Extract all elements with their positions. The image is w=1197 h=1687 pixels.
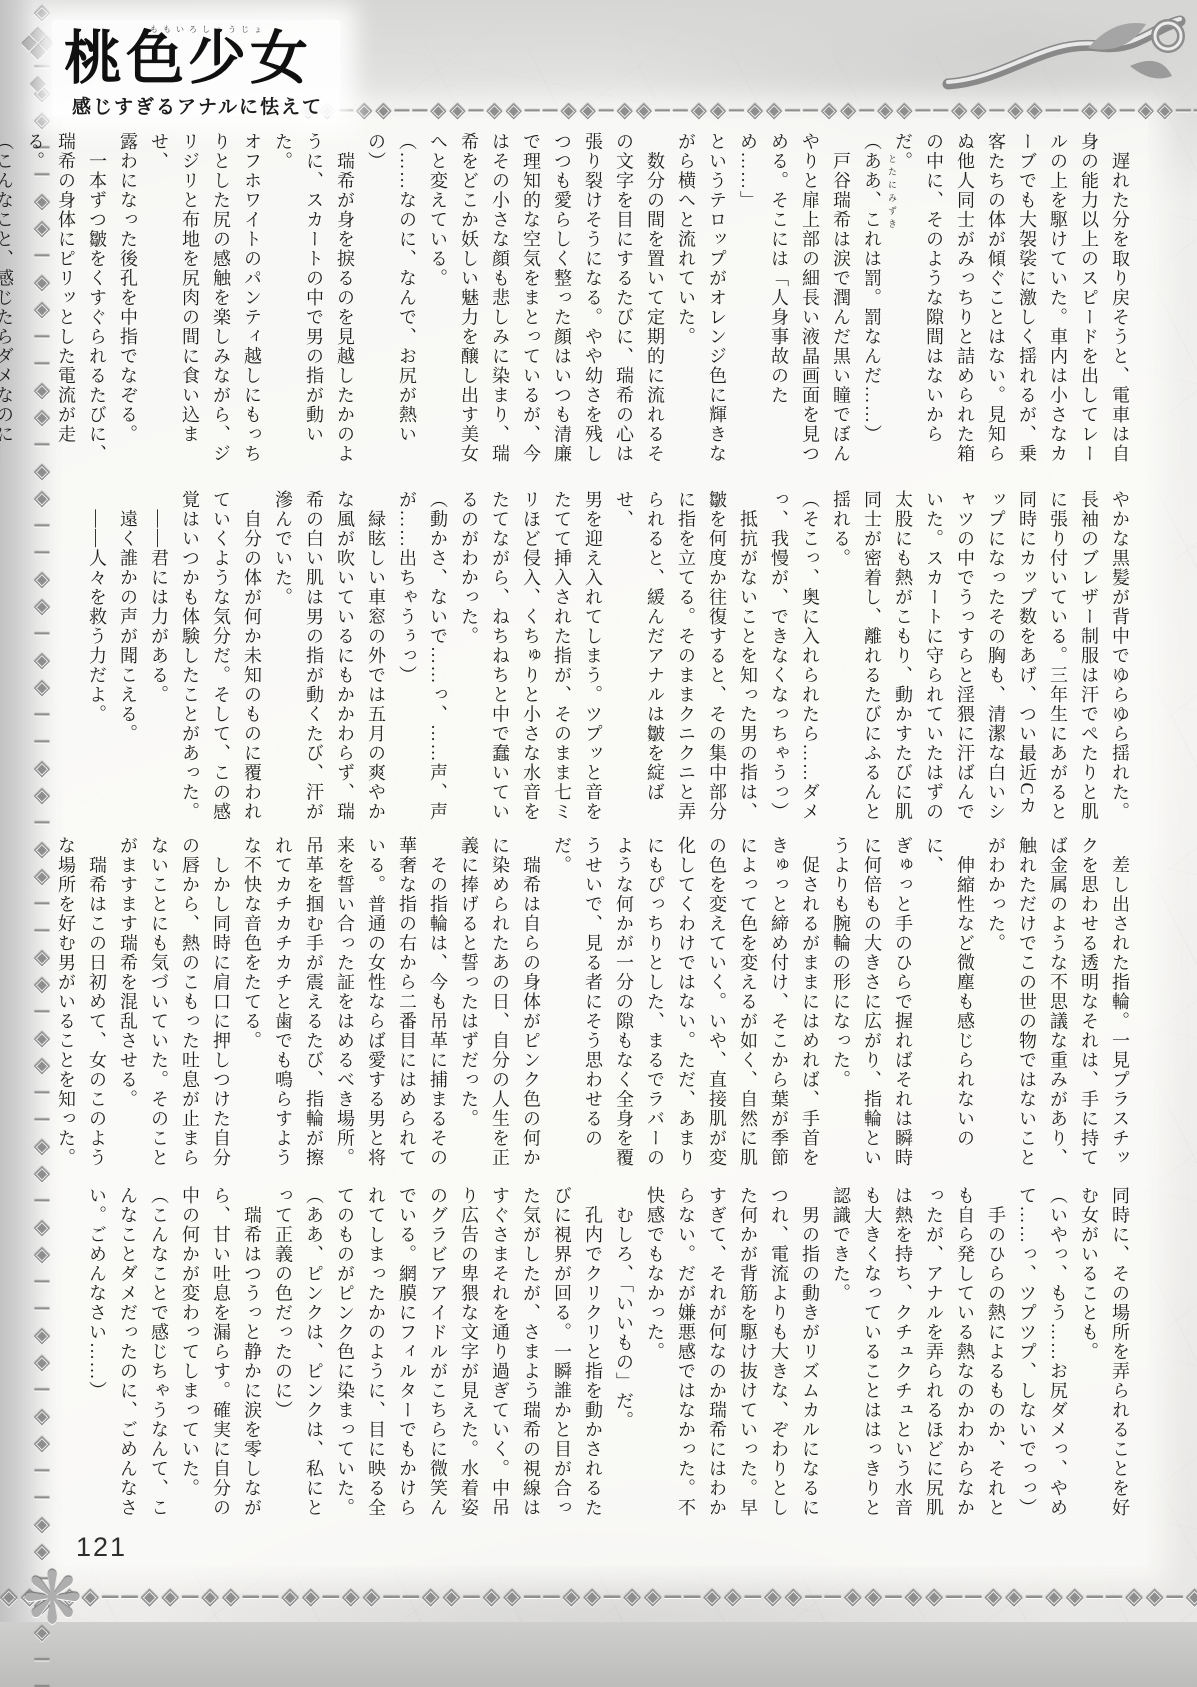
top-border-ornament — [300, 98, 1197, 128]
text-column: られると、緩んだアナルは皺を綻ばせ、 — [608, 490, 670, 826]
text-column: たてて挿入された指が、そのまま七ミ — [546, 490, 577, 826]
text-column: クを思わせる透明なそれは、手に持て — [1073, 836, 1104, 1172]
text-column: 緑眩しい車窓の外では五月の爽やか — [360, 490, 391, 826]
text-column: 手のひらの熱によるものか、それと — [980, 1186, 1011, 1522]
text-column: 抵抗がないことを知った男の指は、 — [732, 490, 763, 826]
text-column: るのがわかった。 — [453, 490, 484, 826]
text-column: 男を迎え入れてしまう。ツプッと音を — [577, 490, 608, 826]
text-column: すぎて、それが何なのか瑞希にはわか — [701, 1186, 732, 1522]
text-column: 快感でもなかった。 — [639, 1186, 670, 1522]
text-column: 華奢な指の右から二番目にはめられて — [391, 836, 422, 1172]
text-column: 覚はいつかも体験したことがあった。 — [174, 490, 205, 826]
text-column: ップになったその胸も、清潔な白いシ — [980, 490, 1011, 826]
text-column: でいる。網膜にフィルターでもかけら — [391, 1186, 422, 1522]
text-column: って正義の色だったのに） — [267, 1186, 298, 1522]
text-column: 希をどこか妖しい魅力を醸し出す美女 — [453, 132, 484, 468]
text-column: 中の何かが変わってしまっていた。 — [174, 1186, 205, 1522]
text-column: 化してくわけではない。ただ、あまり — [670, 836, 701, 1172]
text-column: ——君には力がある。 — [143, 490, 174, 826]
text-column: はその小さな顔も悲しみに染まり、瑞 — [484, 132, 515, 468]
text-column: 滲んでいた。 — [267, 490, 298, 826]
text-column: 遠く誰かの声が聞こえる。 — [112, 490, 143, 826]
text-band-2: やかな黒髪が背中でゆらゆら揺れた。長袖のブレザー制服は汗でぺたりと肌に張り付いて… — [70, 490, 1135, 826]
page-number: 121 — [76, 1532, 127, 1563]
text-column: 希の白い肌は男の指が動くたび、汗が — [298, 490, 329, 826]
text-column: リほど侵入、くちゅりと小さな水音を — [515, 490, 546, 826]
text-column: 男の指の動きがリズムカルになるに — [794, 1186, 825, 1522]
text-column: 伸縮性など微塵も感じられないのに、 — [918, 836, 980, 1172]
text-column: によって色を変えるが如く、自然に肌 — [732, 836, 763, 1172]
text-column: ャツの中でうっすらと淫猥に汗ばんで — [949, 490, 980, 826]
text-column: 触れただけでこの世の物ではないこと — [1011, 836, 1042, 1172]
text-column: める。そこには「人身事故のため……」 — [732, 132, 794, 468]
text-column: リジリと布地を尻肉の間に食い込ませ、 — [143, 132, 205, 468]
text-column: ないことにも気づいていた。そのこと — [143, 836, 174, 1172]
text-column: たてながら、ねちねちと中で蠢いてい — [484, 490, 515, 826]
text-column: な不快な音色をたてる。 — [236, 836, 267, 1172]
book-title: 桃色少女 — [64, 30, 312, 88]
text-column: れてカチカチカチと歯でも鳴らすよう — [267, 836, 298, 1172]
text-column: やかな黒髪が背中でゆらゆら揺れた。 — [1104, 490, 1135, 826]
text-column: その指輪は、今も吊革に捕まるその — [422, 836, 453, 1172]
text-column: （そこっ、奥に入れられたら……ダメ — [794, 490, 825, 826]
text-column: つつも愛らしく整った顔はいつも清廉 — [546, 132, 577, 468]
text-column: （こんなことで感じちゃうなんて、こ — [143, 1186, 174, 1522]
text-column: 瑞希が身を捩るのを見越したかのよ — [329, 132, 360, 468]
text-column: （こんなこと、感じたらダメなのに… — [0, 132, 19, 468]
corner-flourish-icon — [940, 6, 1192, 102]
text-column: 同士が密着し、離れるたびにふるんと — [856, 490, 887, 826]
text-column: い。ごめんなさい……） — [81, 1186, 112, 1522]
text-column: ったが、アナルを弄られるほどに尻肌 — [918, 1186, 949, 1522]
text-column: 揺れる。 — [825, 490, 856, 826]
text-column: 差し出された指輪。一見プラスチッ — [1104, 836, 1135, 1172]
character-name-furigana: とたにみずき — [886, 154, 899, 232]
text-band-3: 差し出された指輪。一見プラスチックを思わせる透明なそれは、手に持てば金属のような… — [70, 836, 1135, 1172]
text-column: （動かさ、ないで……っ、……声、声 — [422, 490, 453, 826]
text-column: む女がいることも。 — [1073, 1186, 1104, 1522]
text-column: がますます瑞希を混乱させる。 — [112, 836, 143, 1172]
text-column: 孔内でクリクリと指を動かされるた — [577, 1186, 608, 1522]
text-column: へと変えている。 — [422, 132, 453, 468]
text-column: 自分の体が何か未知のものに覆われ — [236, 490, 267, 826]
text-column: 瑞希はこの日初めて、女のこのよう — [81, 836, 112, 1172]
text-column: てのものがピンク色に染まっていた。 — [329, 1186, 360, 1522]
text-column: らない。だが嫌悪感ではなかった。不 — [670, 1186, 701, 1522]
text-column: ぎゅっと手のひらで握ればそれは瞬時 — [887, 836, 918, 1172]
text-column: ぬ他人同士がみっちりと詰められた箱 — [949, 132, 980, 468]
text-column: ら、甘い吐息を漏らす。確実に自分の — [205, 1186, 236, 1522]
text-column: むしろ、「いいもの」だ。 — [608, 1186, 639, 1522]
text-column: な場所を好む男がいることを知った。 — [50, 836, 81, 1172]
text-column: ていくような気分だ。そして、この感 — [205, 490, 236, 826]
text-column: の唇から、熱のこもった吐息が止まら — [174, 836, 205, 1172]
text-column: ば金属のような不思議な重みがあり、 — [1042, 836, 1073, 1172]
text-column: いた。スカートに守られていたはずの — [918, 490, 949, 826]
text-column: がら横へと流れていた。 — [670, 132, 701, 468]
text-column: にもぴっちりとした、まるでラバーの — [639, 836, 670, 1172]
text-band-4: 同時に、その場所を弄られることを好む女がいることも。（いやっ、もう……お尻ダメっ… — [70, 1186, 1135, 1522]
text-column: の色を変えていく。いや、直接肌が変 — [701, 836, 732, 1172]
text-column: 義に捧げると誓ったはずだった。 — [453, 836, 484, 1172]
book-subtitle: 感じすぎるアナルに怯えて — [72, 92, 323, 119]
text-column: 瑞希はつうっと静かに涙を零しなが — [236, 1186, 267, 1522]
text-column: 瑞希は自らの身体がピンク色の何か — [515, 836, 546, 1172]
text-column: も大きくなっていることははっきりと — [856, 1186, 887, 1522]
text-column: んなことダメだったのに、ごめんなさ — [112, 1186, 143, 1522]
text-column: というテロップがオレンジ色に輝きな — [701, 132, 732, 468]
text-column: た何かが背筋を駆け抜けていった。早 — [732, 1186, 763, 1522]
bottom-border-ornament — [0, 1584, 1197, 1616]
text-column: （いやっ、もう……お尻ダメっ、やめ — [1042, 1186, 1073, 1522]
text-column: 長袖のブレザー制服は汗でぺたりと肌 — [1073, 490, 1104, 826]
text-column: ような何かが一分の隙もなく全身を覆 — [608, 836, 639, 1172]
text-column: れてしまったかのように、目に映る全 — [360, 1186, 391, 1522]
text-column: っ、我慢が、できなくなっちゃうっ） — [763, 490, 794, 826]
text-column: （……なのに、なんで、お尻が熱いの） — [360, 132, 422, 468]
text-column: 張り裂けそうになる。やや幼さを残し — [577, 132, 608, 468]
text-column: のグラビアアイドルがこちらに微笑ん — [422, 1186, 453, 1522]
text-column: オフホワイトのパンティ越しにもっち — [236, 132, 267, 468]
text-column: て……っ、ツプツプ、しないでっっ） — [1011, 1186, 1042, 1522]
text-column: ——人々を救う力だよ。 — [81, 490, 112, 826]
text-column: がわかった。 — [980, 836, 1011, 1172]
text-column: に何倍もの大きさに広がり、指輪とい — [856, 836, 887, 1172]
text-column: 戸谷瑞希は涙で潤んだ黒い瞳でぼん — [825, 132, 856, 468]
text-column: 一本ずつ皺をくすぐられるたびに、 — [81, 132, 112, 468]
text-column: り広告の卑猥な文字が見えた。水着姿 — [453, 1186, 484, 1522]
text-column: いる。普通の女性ならば愛する男と将 — [360, 836, 391, 1172]
text-column: つれ、電流よりも大きな、ぞわりとし — [763, 1186, 794, 1522]
text-column: りとした尻の感触を楽しみながら、ジ — [205, 132, 236, 468]
text-column: うせいで、見る者にそう思わせるのだ。 — [546, 836, 608, 1172]
text-column: で理知的な空気をまとっているが、今 — [515, 132, 546, 468]
text-column: な風が吹いているにもかかわらず、瑞 — [329, 490, 360, 826]
text-column: ーブでも大袈裟に激しく揺れるが、乗 — [1011, 132, 1042, 468]
corner-snowflake-icon: ❋ — [22, 1556, 82, 1641]
text-column: に染められたあの日、自分の人生を正 — [484, 836, 515, 1172]
text-column: 同時に、その場所を弄られることを好 — [1104, 1186, 1135, 1522]
text-column: 吊革を掴む手が震えるたび、指輪が擦 — [298, 836, 329, 1172]
text-column: 数分の間を置いて定期的に流れるそ — [639, 132, 670, 468]
text-column: は熱を持ち、クチュクチュという水音 — [887, 1186, 918, 1522]
text-column: 身の能力以上のスピードを出してレー — [1073, 132, 1104, 468]
text-column: 促されるがままにはめれば、手首を — [794, 836, 825, 1172]
text-column: 同時にカップ数をあげ、つい最近Cカ — [1011, 490, 1042, 826]
text-column: 遅れた分を取り戻そうと、電車は自 — [1104, 132, 1135, 468]
text-column: 皺を何度か往復すると、その集中部分 — [701, 490, 732, 826]
text-column: も自ら発している熱なのかわからなか — [949, 1186, 980, 1522]
text-column: 瑞希の身体にピリッとした電流が走る。 — [19, 132, 81, 468]
text-column: やりと扉上部の細長い液晶画面を見つ — [794, 132, 825, 468]
text-column: に指を立てる。そのままクニクニと弄 — [670, 490, 701, 826]
text-column: 露わになった後孔を中指でなぞる。 — [112, 132, 143, 468]
text-column: びに視界が回る。一瞬誰かと目が合っ — [546, 1186, 577, 1522]
text-column: が……出ちゃうぅっ） — [391, 490, 422, 826]
text-column: た気がしたが、さまよう瑞希の視線は — [515, 1186, 546, 1522]
text-band-1: 遅れた分を取り戻そうと、電車は自身の能力以上のスピードを出してレールの上を駆けて… — [70, 132, 1135, 468]
text-column: 客たちの体が傾ぐことはない。見知ら — [980, 132, 1011, 468]
text-column: 認識できた。 — [825, 1186, 856, 1522]
text-column: （ああ、ピンクは、ピンクは、私にと — [298, 1186, 329, 1522]
text-column: きゅっと締め付け、そこから葉が季節 — [763, 836, 794, 1172]
text-column: に張り付いている。三年生にあがると — [1042, 490, 1073, 826]
text-column: 太股にも熱がこもり、動かすたびに肌 — [887, 490, 918, 826]
text-column: しかし同時に肩口に押しつけた自分 — [205, 836, 236, 1172]
bottom-margin-texture — [0, 1622, 1197, 1687]
text-column: うよりも腕輪の形になった。 — [825, 836, 856, 1172]
text-column: ルの上を駆けていた。車内は小さなカ — [1042, 132, 1073, 468]
text-column: の文字を目にするたびに、瑞希の心は — [608, 132, 639, 468]
text-column: うに、スカートの中で男の指が動いた。 — [267, 132, 329, 468]
text-column: 来を誓い合った証をはめるべき場所。 — [329, 836, 360, 1172]
text-column: すぐさまそれを通り過ぎていく。中吊 — [484, 1186, 515, 1522]
text-column: （ああ、これは罰。罰なんだ……） — [856, 132, 887, 468]
